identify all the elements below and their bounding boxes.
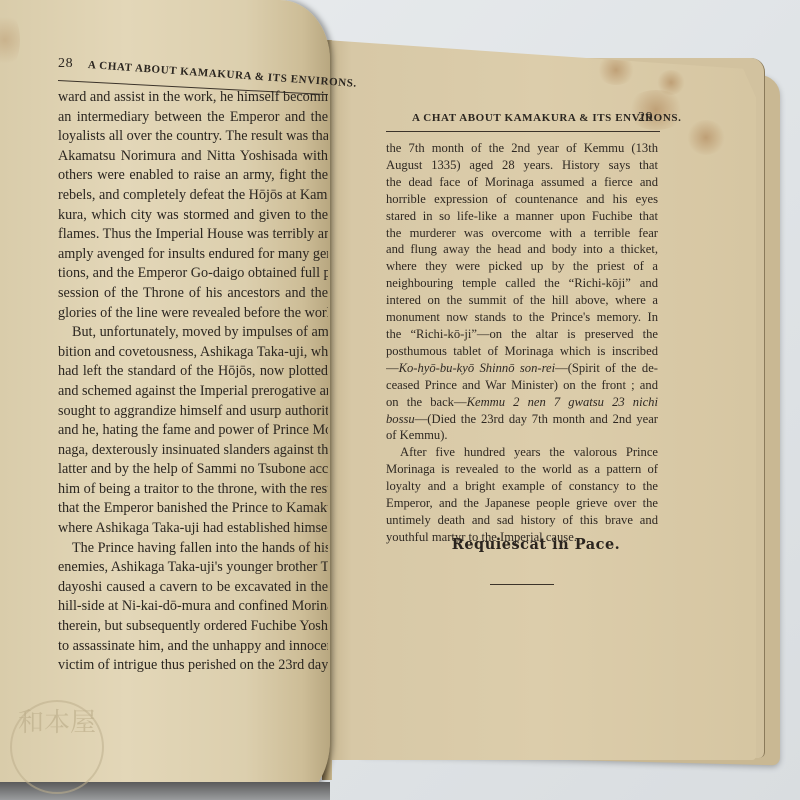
foxing-stain xyxy=(686,120,726,155)
right-page-body: the 7th month of the 2nd year of Kemmu (… xyxy=(386,140,658,546)
open-book: A CHAT ABOUT KAMAKURA & ITS ENVIRONS. 29… xyxy=(0,0,800,800)
text-line: kura, which city was stormed and given t… xyxy=(58,206,328,226)
text-line: and flung away the head and body into a … xyxy=(386,241,658,258)
text-line: bition and covetousness, Ashikaga Taka-u… xyxy=(58,343,328,363)
foxing-stain xyxy=(656,70,686,95)
text-line: rebels, and completely defeat the Hōjōs … xyxy=(58,186,328,206)
text-line: hill-side at Ni-kai-dō-mura and confined… xyxy=(58,597,328,617)
left-page-body: ward and assist in the work, he himself … xyxy=(58,88,328,676)
text-line: But, unfortunately, moved by impulses of… xyxy=(58,323,328,343)
inscription-japanese: Ko-hyō-bu-kyō Shinnō son-rei xyxy=(399,361,556,375)
text-line: Morinaga is revealed to the world as a p… xyxy=(386,461,658,478)
text-line: of Kemmu). xyxy=(386,427,658,444)
foxing-stain xyxy=(626,90,686,130)
text-line: horrible expression of countenance and h… xyxy=(386,191,658,208)
text-line: ward and assist in the work, he himself … xyxy=(58,88,328,108)
text-line: loyalists all over the country. The resu… xyxy=(58,127,328,147)
inscription-japanese: Kemmu 2 nen 7 gwatsu 23 nichi xyxy=(467,395,658,409)
text-line: sought to aggrandize himself and usurp a… xyxy=(58,402,328,422)
text-line: that the Emperor banished the Prince to … xyxy=(58,499,328,519)
text-line: The Prince having fallen into the hands … xyxy=(58,539,328,559)
text-line: enemies, Ashikaga Taka-uji's younger bro… xyxy=(58,558,328,578)
text-line: naga, dexterously insinuated slanders ag… xyxy=(58,441,328,461)
requiescat-in-pace-heading: Requiescat in Pace. xyxy=(436,536,636,553)
text-line: stared in so life-like a manner upon Fuc… xyxy=(386,208,658,225)
text-line: where they were picked up by the priest … xyxy=(386,258,658,275)
inscription-line: on the back—Kemmu 2 nen 7 gwatsu 23 nich… xyxy=(386,394,658,411)
text-line: the dead face of Morinaga assumed a fier… xyxy=(386,174,658,191)
right-page-number: 29 xyxy=(638,110,653,126)
left-page-number: 28 xyxy=(58,56,73,72)
inscription-line: bossu—(Died the 23rd day 7th month and 2… xyxy=(386,411,658,428)
text-line: and schemed against the Imperial preroga… xyxy=(58,382,328,402)
text-line: him of being a traitor to the throne, wi… xyxy=(58,480,328,500)
text-line: Emperor, and the Japanese people grieve … xyxy=(386,495,658,512)
inscription-japanese: bossu xyxy=(386,412,415,426)
text-line: the “Richi-kō-ji”—on the altar is preser… xyxy=(386,326,658,343)
text-line: the murderer was overcome with a terribl… xyxy=(386,225,658,242)
text-line: to assassinate him, and the unhappy and … xyxy=(58,637,328,657)
text-line: glories of the line were revealed before… xyxy=(58,304,328,324)
text-line: had left the standard of the Hōjōs, now … xyxy=(58,362,328,382)
text-line: neighbouring temple called the “Richi-kō… xyxy=(386,275,658,292)
foxing-stain xyxy=(0,10,20,70)
text-line: flames. Thus the Imperial House was terr… xyxy=(58,225,328,245)
text-line: session of the Throne of his ancestors a… xyxy=(58,284,328,304)
text-line: victim of intrigue thus perished on the … xyxy=(58,656,328,676)
text-line: latter and by the help of Sammi no Tsubo… xyxy=(58,460,328,480)
text-line: where Ashikaga Taka-uji had established … xyxy=(58,519,328,539)
text-line: tions, and the Emperor Go-daigo obtained… xyxy=(58,264,328,284)
text-line: ceased Prince and War Minister) on the f… xyxy=(386,377,658,394)
text-line: intered on the summit of the hill above,… xyxy=(386,292,658,309)
inscription-line: —Ko-hyō-bu-kyō Shinnō son-rei—(Spirit of… xyxy=(386,360,658,377)
watermark-stamp: 和本屋 xyxy=(10,700,104,794)
text-line: posthumous tablet of Morinaga which is i… xyxy=(386,343,658,360)
text-line: others were enabled to raise an army, fi… xyxy=(58,166,328,186)
text-line: untimely death and sad history of this b… xyxy=(386,512,658,529)
text-line: August 1335) aged 28 years. History says… xyxy=(386,157,658,174)
text-line: an intermediary between the Emperor and … xyxy=(58,108,328,128)
end-rule xyxy=(490,584,554,585)
text-line: amply avenged for insults endured for ma… xyxy=(58,245,328,265)
header-rule xyxy=(386,131,660,132)
text-line: the 7th month of the 2nd year of Kemmu (… xyxy=(386,140,658,157)
text-line: dayoshi caused a cavern to be excavated … xyxy=(58,578,328,598)
text-line: Akamatsu Norimura and Nitta Yoshisada wi… xyxy=(58,147,328,167)
text-line: loyalty and a bright example of constanc… xyxy=(386,478,658,495)
text-line: and he, hating the fame and power of Pri… xyxy=(58,421,328,441)
text-line: therein, but subsequently ordered Fuchib… xyxy=(58,617,328,637)
text-line: After five hundred years the valorous Pr… xyxy=(386,444,658,461)
text-line: monument now stands to the Prince's memo… xyxy=(386,309,658,326)
